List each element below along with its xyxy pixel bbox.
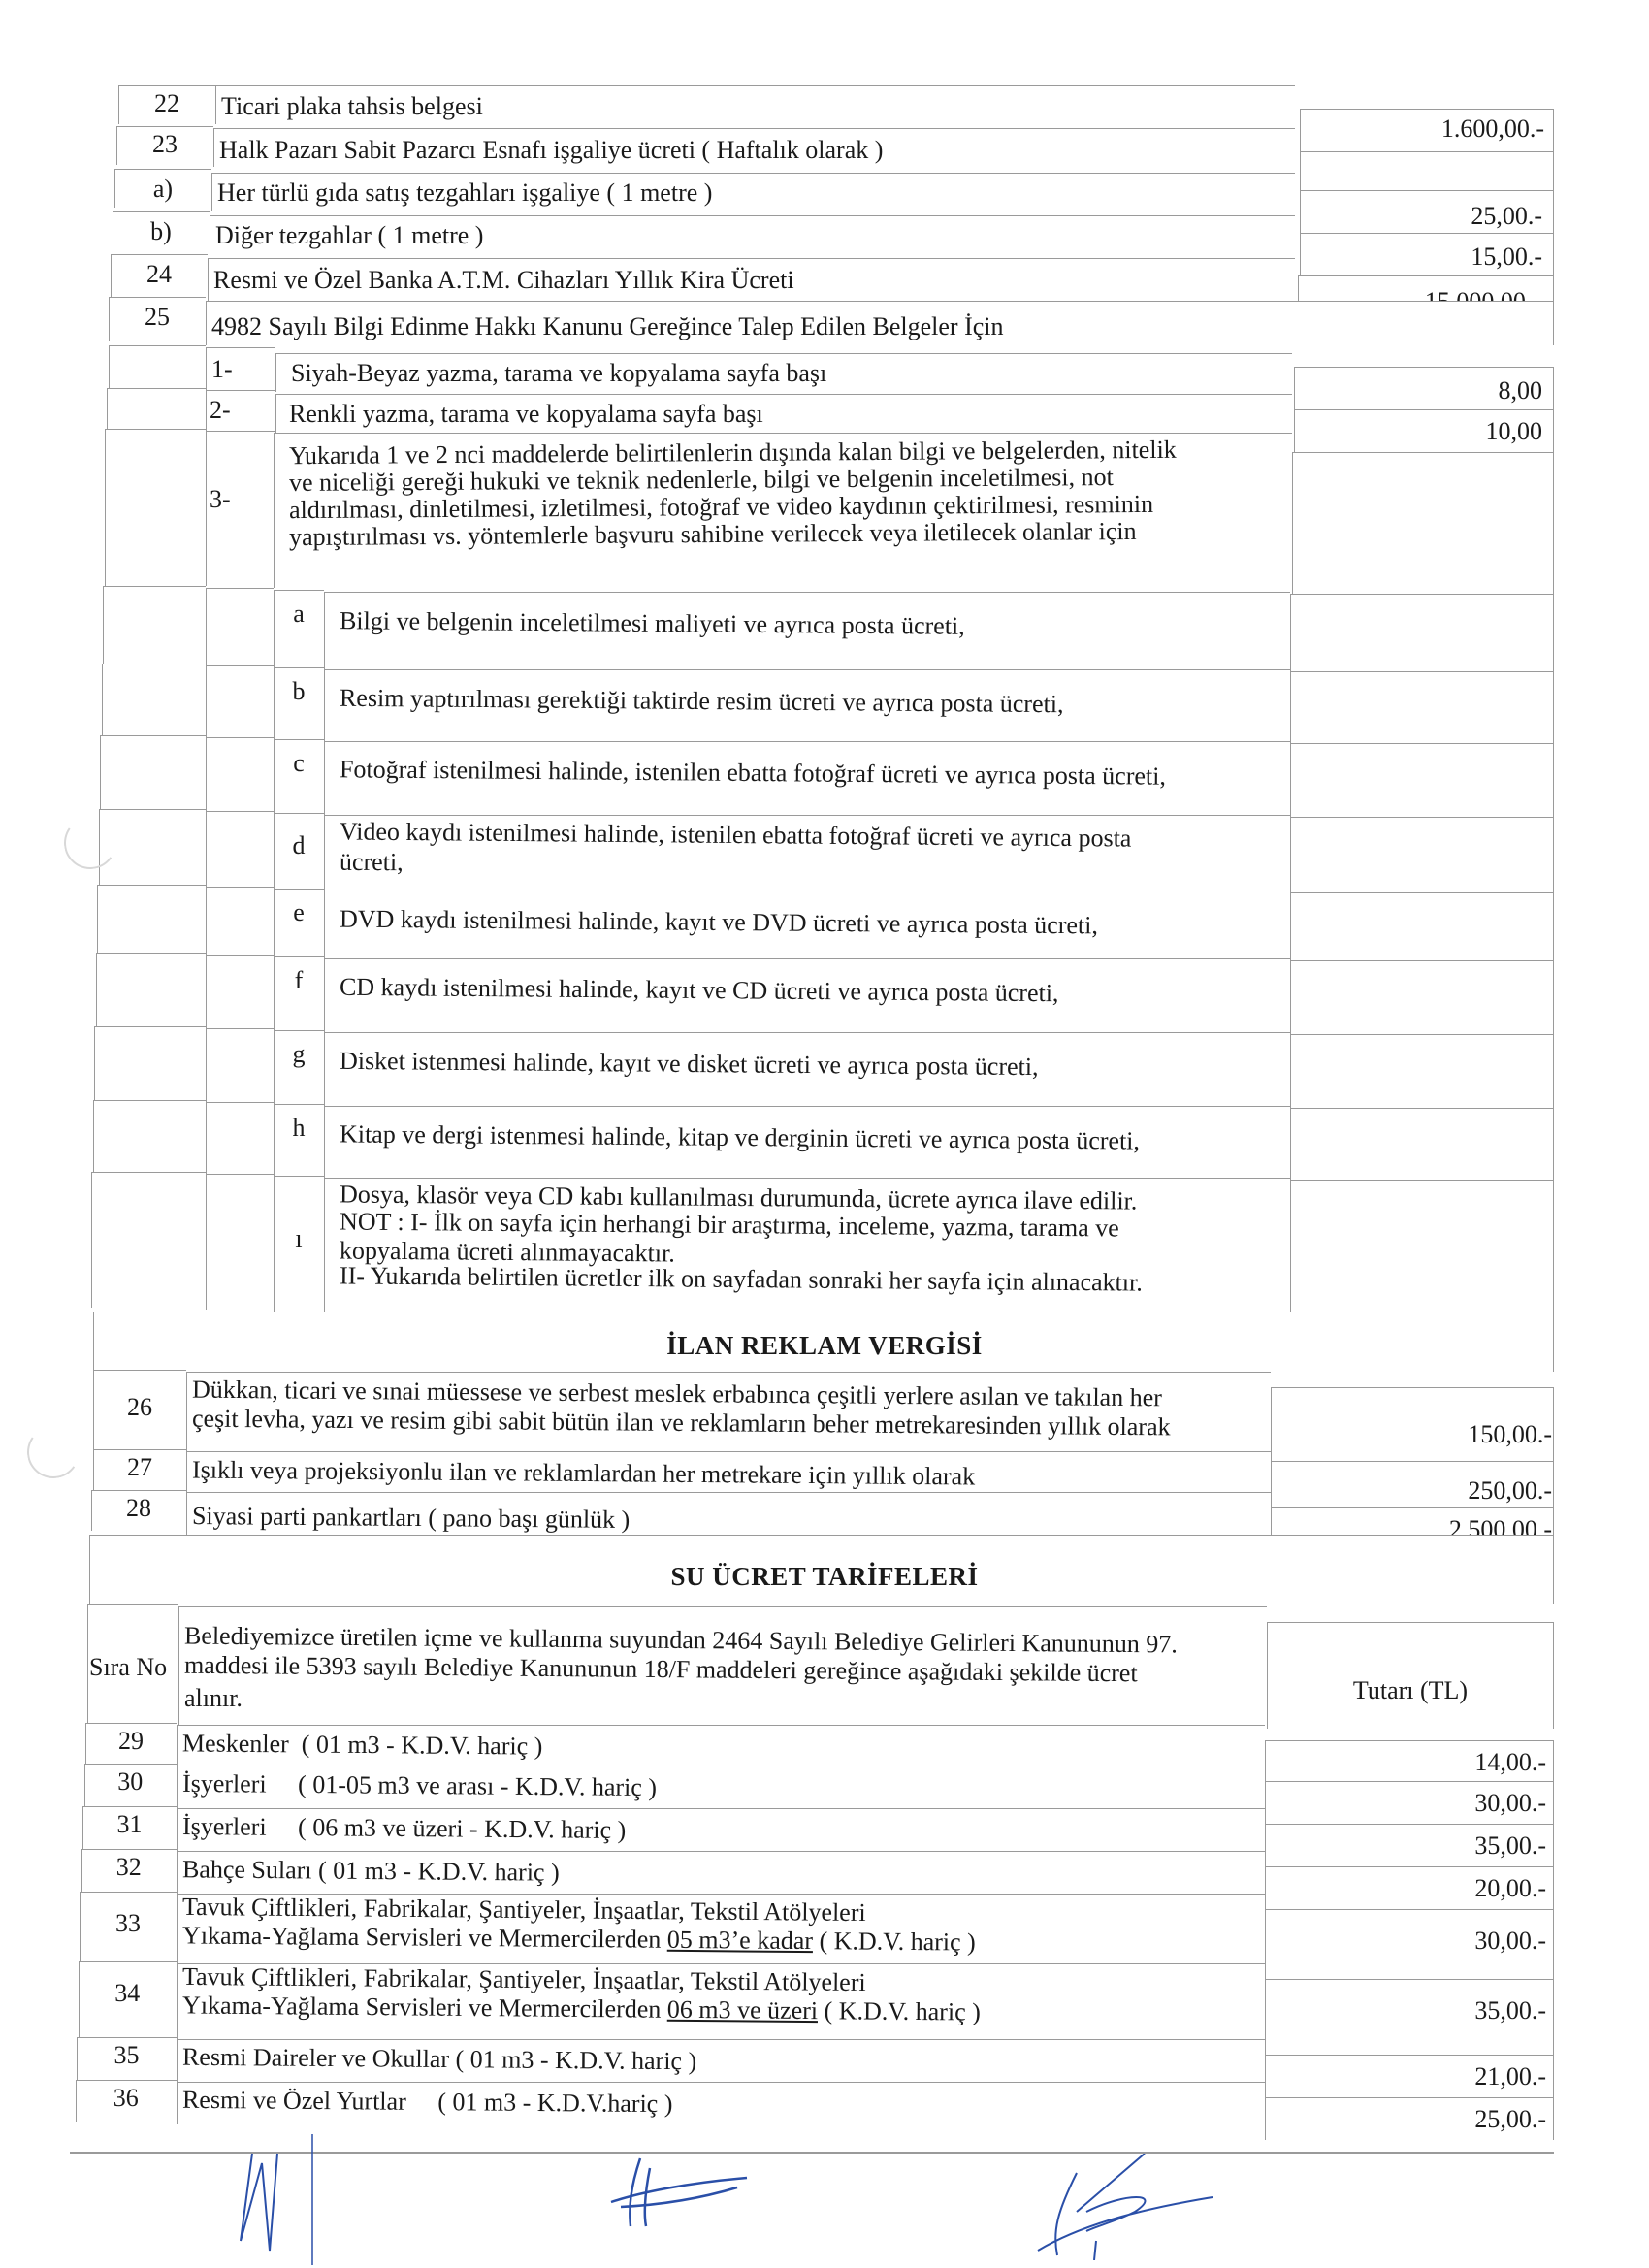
water-row-value: 30,00.-	[1265, 1927, 1546, 1956]
row-23-no: 23	[116, 130, 213, 159]
tariff-document-page: 22 Ticari plaka tahsis belgesi 1.600,00.…	[0, 0, 1649, 2268]
punch-hole-mark	[23, 1422, 84, 1483]
row-24-no: 24	[111, 260, 208, 289]
signature-1-icon	[223, 2134, 330, 2268]
water-row-value: 25,00.-	[1265, 2105, 1546, 2134]
sub-item-blank-cell	[206, 955, 274, 1028]
signature-3-icon	[1018, 2154, 1232, 2260]
row-22-value: 1.600,00.-	[1300, 114, 1544, 144]
sub-item-value-cell	[1290, 892, 1554, 960]
su-header-line-3: alınır.	[184, 1684, 242, 1713]
item-1-text: Siyah-Beyaz yazma, tarama ve kopyalama s…	[291, 359, 826, 388]
water-row-value: 35,00.-	[1265, 1831, 1546, 1861]
sub-item-value-cell	[1290, 671, 1554, 743]
sub-item-value-cell	[1290, 960, 1554, 1034]
item-2-value: 10,00	[1294, 417, 1542, 446]
row-23b-value: 15,00.-	[1300, 243, 1542, 272]
water-row-value: 14,00.-	[1265, 1748, 1546, 1777]
item-1-no: 1-	[211, 355, 233, 384]
sub-item-letter: g	[274, 1040, 324, 1069]
row-22-text: Ticari plaka tahsis belgesi	[221, 92, 483, 121]
water-row-no: 30	[84, 1767, 178, 1797]
sub-item-outer-cell	[97, 885, 206, 953]
item-3-line-4: yapıştırılması vs. yöntemlerle başvuru s…	[289, 517, 1137, 552]
sub-item-text-line: Bilgi ve belgenin inceletilmesi maliyeti…	[339, 606, 965, 641]
sub-item-letter: h	[274, 1114, 324, 1143]
sub-item-blank-cell	[206, 1028, 274, 1102]
sub-item-outer-cell	[100, 735, 206, 809]
sub-item-letter: b	[274, 677, 324, 706]
sub-item-blank-cell	[206, 1174, 274, 1310]
row-28-no: 28	[91, 1494, 186, 1523]
row-22-no: 22	[118, 89, 215, 118]
row-23a-value: 25,00.-	[1300, 202, 1542, 231]
row-23a-text: Her türlü gıda satış tezgahları işgaliye…	[217, 178, 712, 208]
item-1-outer-cell	[109, 345, 206, 388]
water-row-no: 32	[81, 1853, 178, 1882]
sub-item-letter: c	[274, 749, 324, 778]
signature-2-icon	[601, 2149, 766, 2236]
sub-item-letter: f	[274, 966, 324, 995]
water-row-no: 36	[76, 2084, 178, 2113]
row-24-text: Resmi ve Özel Banka A.T.M. Cihazları Yıl…	[213, 266, 794, 295]
water-row-text: İşyerleri ( 01-05 m3 ve arası - K.D.V. h…	[182, 1769, 657, 1802]
water-row-text: Bahçe Suları ( 01 m3 - K.D.V. hariç )	[182, 1855, 560, 1887]
su-header-amount-cell	[1267, 1622, 1554, 1729]
row-25-no: 25	[109, 303, 206, 332]
sub-item-value-cell	[1290, 594, 1554, 671]
item-2-outer-cell	[107, 388, 206, 429]
sub-item-letter: e	[274, 898, 324, 927]
water-row-value: 21,00.-	[1265, 2062, 1546, 2091]
row-26-value: 150,00.-	[1271, 1420, 1552, 1449]
su-header-amount-label: Tutarı (TL)	[1267, 1676, 1554, 1705]
sub-item-blank-cell	[206, 887, 274, 955]
water-row-text: Resmi ve Özel Yurtlar ( 01 m3 - K.D.V.ha…	[182, 2086, 673, 2119]
water-row-text: Resmi Daireler ve Okullar ( 01 m3 - K.D.…	[182, 2043, 696, 2077]
row-23b-no: b)	[113, 217, 210, 246]
sub-item-outer-cell	[96, 953, 207, 1026]
water-row-no: 33	[80, 1909, 177, 1938]
item-2-no: 2-	[210, 396, 231, 425]
item-3-value-cell	[1292, 452, 1554, 596]
sub-item-outer-cell	[102, 664, 207, 735]
ilan-reklam-title: İLAN REKLAM VERGİSİ	[0, 1331, 1649, 1361]
sub-item-value-cell	[1290, 1034, 1554, 1108]
sub-item-value-cell	[1290, 1180, 1554, 1315]
row-23a-no: a)	[114, 175, 211, 204]
sub-item-blank-cell	[206, 811, 274, 887]
item-2-text: Renkli yazma, tarama ve kopyalama sayfa …	[289, 400, 763, 429]
water-row-text: İşyerleri ( 06 m3 ve üzeri - K.D.V. hari…	[182, 1812, 627, 1845]
sub-item-value-cell	[1290, 1108, 1554, 1180]
row-23-text: Halk Pazarı Sabit Pazarcı Esnafı işgaliy…	[219, 136, 883, 165]
row-26-no: 26	[93, 1393, 186, 1422]
sub-item-text-line: Disket istenmesi halinde, kayıt ve diske…	[339, 1047, 1039, 1082]
water-row-no: 35	[77, 2041, 177, 2070]
water-row-value: 35,00.-	[1265, 1996, 1546, 2025]
row-25-text: 4982 Sayılı Bilgi Edinme Hakkı Kanunu Ge…	[211, 312, 1004, 341]
sub-item-blank-cell	[206, 665, 274, 737]
water-row-value: 20,00.-	[1265, 1874, 1546, 1903]
sub-item-blank-cell	[206, 588, 274, 665]
row-23-value-cell	[1300, 151, 1554, 190]
row-27-value: 250,00.-	[1271, 1476, 1552, 1506]
sub-item-outer-cell	[103, 586, 206, 664]
water-row-value: 30,00.-	[1265, 1789, 1546, 1818]
sub-item-value-cell	[1290, 817, 1554, 892]
sub-item-outer-cell	[91, 1172, 206, 1308]
su-ucret-title: SU ÜCRET TARİFELERİ	[0, 1562, 1649, 1592]
water-row-no: 29	[85, 1727, 177, 1756]
row-23b-text: Diğer tezgahlar ( 1 metre )	[215, 221, 483, 250]
water-row-no: 34	[79, 1979, 178, 2008]
sub-item-outer-cell	[93, 1100, 207, 1172]
sub-item-value-cell	[1290, 743, 1554, 817]
water-row-no: 31	[82, 1810, 177, 1839]
water-row-text: Meskenler ( 01 m3 - K.D.V. hariç )	[182, 1729, 543, 1761]
row-28-text: Siyasi parti pankartları ( pano başı gün…	[192, 1502, 630, 1535]
sub-item-letter: ı	[274, 1224, 324, 1253]
su-header-no-label: Sıra No	[89, 1653, 167, 1682]
sub-item-text-line: ücreti,	[339, 848, 404, 878]
sub-item-blank-cell	[206, 737, 274, 811]
item-1-value: 8,00	[1294, 376, 1542, 405]
item-3-no: 3-	[210, 485, 231, 514]
sub-item-outer-cell	[94, 1026, 206, 1100]
sub-item-letter: d	[274, 831, 324, 860]
sub-item-blank-cell	[206, 1102, 274, 1174]
item-3-outer-cell	[105, 429, 206, 586]
sub-item-letter: a	[274, 599, 324, 629]
row-27-no: 27	[93, 1453, 186, 1482]
